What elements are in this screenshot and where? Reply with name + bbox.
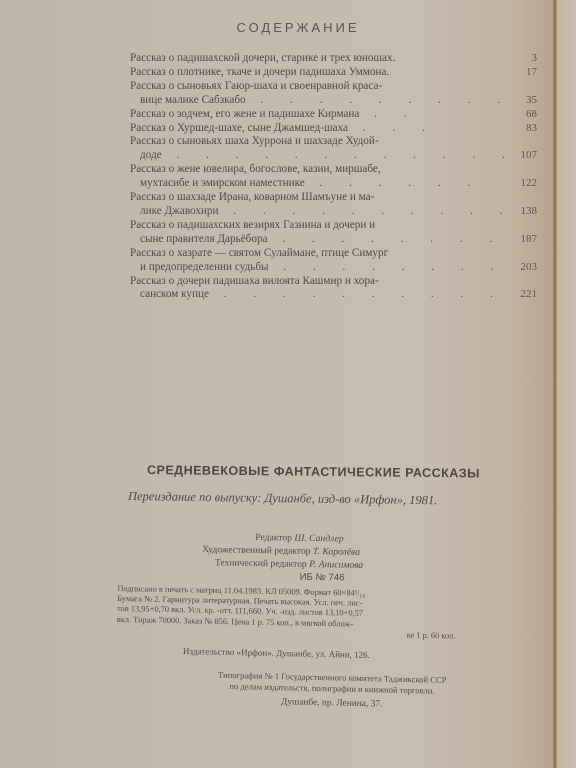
toc-entry-title-cont: мухтасибе и эмирском наместнике . . . . … xyxy=(130,177,525,191)
toc-page-number: 68 xyxy=(526,108,537,122)
editor-name: Ш. Сандлер xyxy=(294,533,343,545)
tech-editor-label: Технический редактор xyxy=(215,557,307,570)
toc-page-number: 138 xyxy=(521,205,538,219)
toc-entry-title-cont-text: санском купце xyxy=(140,288,209,300)
toc-page-number: 221 xyxy=(521,288,538,302)
toc-entry-title: Рассказ о хазрате — святом Сулаймане, пт… xyxy=(130,247,525,261)
dot-leader: . . . . . . . . . xyxy=(269,261,525,273)
toc-entry-title-cont-text: доде xyxy=(140,149,162,161)
art-editor-label: Художественный редактор xyxy=(202,544,311,557)
toc-page-number: 83 xyxy=(526,122,537,136)
toc-page-number: 17 xyxy=(526,66,537,80)
toc-entry: Рассказ о падишахских везирях Газнина и … xyxy=(130,219,525,247)
toc-entry-title-cont-text: сыне правителя Дарьёбора xyxy=(140,233,268,245)
toc-entry-title-cont: сыне правителя Дарьёбора . . . . . . . . xyxy=(130,233,525,247)
toc-entry-title: Рассказ о Хуршед-шахе, сыне Джамшед-шаха… xyxy=(130,122,525,136)
toc-entry-title-cont: санском купце . . . . . . . . . . . . . … xyxy=(130,288,525,302)
toc-entry-title-cont: вице малике Сабзкабо . . . . . . . . . xyxy=(130,94,525,108)
toc-entry-title-cont-text: лике Джавохири xyxy=(140,205,219,217)
toc-entry-title-text: Рассказ о зодчем, его жене и падишахе Ки… xyxy=(130,108,359,120)
toc-entry: Рассказ о сыновьях Гаюр-шаха и своенравн… xyxy=(130,80,525,108)
dot-leader: . . . . . . xyxy=(305,177,483,189)
tech-editor-name: Р. Анисимова xyxy=(309,559,363,571)
dot-leader: . . . . . . . . . xyxy=(246,94,512,106)
credits-block: Редактор Ш. Сандлер Художественный редак… xyxy=(200,530,501,587)
toc-page-number: 122 xyxy=(521,177,538,191)
toc-entry-title-cont-text: и предопределении судьбы xyxy=(140,261,269,273)
toc-entry-title: Рассказ о дочери падишаха вилоята Кашмир… xyxy=(130,275,525,289)
toc-entry-title: Рассказ о падишахских везирях Газнина и … xyxy=(130,219,525,233)
toc-page-number: 3 xyxy=(532,52,538,66)
toc-entry: Рассказ о жене ювелира, богослове, казии… xyxy=(130,163,525,191)
toc-entry-title: Рассказ о сыновьях Гаюр-шаха и своенравн… xyxy=(130,80,525,94)
dot-leader: . . xyxy=(359,108,418,120)
art-editor-name: Т. Королёва xyxy=(313,546,360,558)
toc-entry: Рассказ о плотнике, ткаче и дочери падиш… xyxy=(130,66,525,80)
editor-label: Редактор xyxy=(255,532,292,544)
dot-leader: . . . . . . . . xyxy=(268,233,505,245)
toc-entry-title: Рассказ о плотнике, ткаче и дочери падиш… xyxy=(130,66,525,80)
toc-entry-title: Рассказ о жене ювелира, богослове, казии… xyxy=(130,163,525,177)
toc-entry-title-cont: доде . . . . . . . . . . . . . . . xyxy=(130,149,525,163)
toc-entry-title: Рассказ о зодчем, его жене и падишахе Ки… xyxy=(130,108,525,122)
toc-page-number: 187 xyxy=(521,233,538,247)
table-of-contents: Рассказ о падишахской дочери, старике и … xyxy=(130,52,525,302)
toc-page-number: 203 xyxy=(521,261,538,275)
toc-entry: Рассказ о падишахской дочери, старике и … xyxy=(130,52,525,66)
toc-entry: Рассказ о сыновьях шаха Хуррона и шахзад… xyxy=(130,135,525,163)
toc-entry-title-cont-text: вице малике Сабзкабо xyxy=(140,94,246,106)
toc-entry: Рассказ о шахзаде Ирана, коварном Шамъун… xyxy=(130,191,525,219)
imprint-details: Подписано в печать с матриц 11.04.1983. … xyxy=(117,584,518,643)
toc-entry: Рассказ о дочери падишаха вилоята Кашмир… xyxy=(130,275,525,303)
toc-entry-title: Рассказ о падишахской дочери, старике и … xyxy=(130,52,525,66)
toc-page-number: 35 xyxy=(526,94,537,108)
toc-entry-title-cont: и предопределении судьбы . . . . . . . .… xyxy=(130,261,525,275)
toc-entry-title: Рассказ о шахзаде Ирана, коварном Шамъун… xyxy=(130,191,525,205)
toc-page-number: 107 xyxy=(521,149,538,163)
toc-entry-title-text: Рассказ о Хуршед-шахе, сыне Джамшед-шаха xyxy=(130,122,348,134)
dot-leader: . . . . . . . . . . . . . . xyxy=(209,288,525,300)
dot-leader: . . . . . . . . . . . . . xyxy=(219,205,526,217)
toc-entry-title-cont-text: мухтасибе и эмирском наместнике xyxy=(140,177,305,189)
adjacent-page-edge xyxy=(557,0,576,768)
toc-entry-title-cont: лике Джавохири . . . . . . . . . . . . . xyxy=(130,205,525,219)
dot-leader: . . . . . . . . . . . . . . . xyxy=(162,149,525,161)
toc-entry-title: Рассказ о сыновьях шаха Хуррона и шахзад… xyxy=(130,135,525,149)
dot-leader: . . . xyxy=(348,122,437,134)
toc-heading: СОДЕРЖАНИЕ xyxy=(0,20,556,35)
toc-entry: Рассказ о Хуршед-шахе, сыне Джамшед-шаха… xyxy=(130,122,525,136)
toc-entry: Рассказ о хазрате — святом Сулаймане, пт… xyxy=(130,247,525,275)
toc-entry: Рассказ о зодчем, его жене и падишахе Ки… xyxy=(130,108,525,122)
